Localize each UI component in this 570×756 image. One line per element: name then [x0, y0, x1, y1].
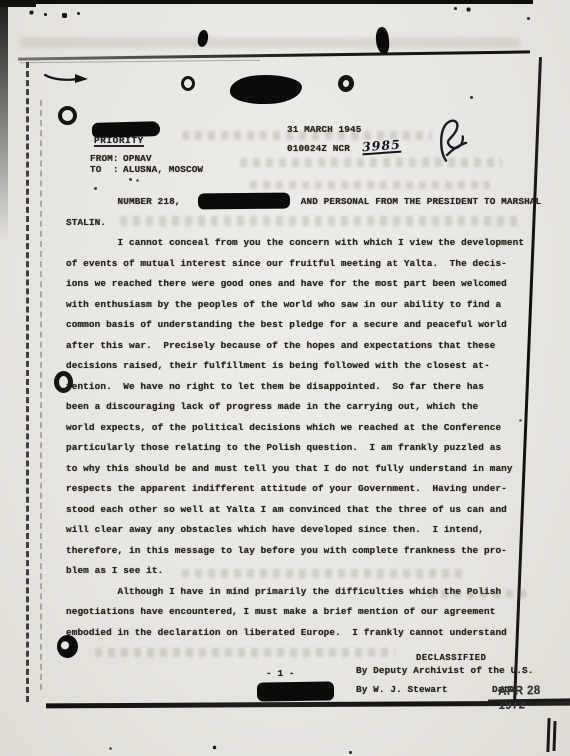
text-line: with enthusiasm by the peoples of the wo… [66, 295, 541, 316]
text-line: world expects, of the political decision… [66, 418, 541, 439]
page-left-border [26, 62, 29, 702]
date-line: 31 MARCH 1945 [287, 124, 361, 135]
text-line: to why this should be and must tell you … [66, 459, 541, 480]
text-line: stood each other so well at Yalta I am c… [66, 500, 541, 521]
text-line: I cannot conceal from you the concern wi… [66, 233, 541, 254]
text-line: of events of mutual interest since our f… [66, 254, 541, 275]
from-label: FROM: [90, 153, 119, 164]
page-left-border-faint [40, 100, 42, 690]
text-line: after this war. Precisely because of the… [66, 336, 541, 357]
bleedthrough-smudge [250, 181, 490, 189]
text-line: tention. We have no right to let them be… [66, 377, 541, 398]
ring-mark-left-of-redaction [181, 76, 195, 91]
text-line: respects the apparent indifferent attitu… [66, 479, 541, 500]
to-value: ALUSNA, MOSCOW [123, 164, 203, 175]
page-top-border-ghost [20, 60, 260, 64]
scanner-streak [20, 38, 520, 48]
declassified-by-line: By Deputy Archivist of the U.S. [356, 665, 534, 676]
text-line: STALIN. [66, 213, 541, 234]
text-line: negotiations have encountered, I must ma… [66, 602, 541, 623]
ring-mark-right-of-redaction [337, 74, 356, 94]
dtg-line: 010024Z NCR [287, 143, 350, 154]
from-value: OPNAV [123, 153, 152, 164]
ncr-number-handwritten: 3985 [362, 137, 402, 155]
redaction-bar-bottom [257, 681, 334, 701]
text-line: will clear away any obstacles which have… [66, 520, 541, 541]
bottom-right-tick-2 [552, 721, 556, 751]
text-line: blem as I see it. [66, 561, 541, 582]
scan-top-edge [0, 0, 533, 4]
hole-punch-left-top [58, 106, 77, 125]
bottom-right-tick-1 [546, 718, 550, 752]
text-line: common basis of understanding the best p… [66, 315, 541, 336]
text-line: embodied in the declaration on liberated… [66, 623, 541, 644]
scan-left-edge [0, 0, 8, 240]
page-top-border [18, 50, 530, 60]
arrow-mark-top-left [42, 68, 90, 88]
dust-specks [0, 0, 1, 1]
page-number: - 1 - [266, 668, 295, 679]
redaction-bar-top-center [230, 74, 303, 105]
text-line: Although I have in mind primarily the di… [66, 582, 541, 603]
declassified-title: DECLASSIFIED [416, 653, 487, 664]
bleedthrough-smudge [95, 648, 395, 657]
binder-mark-top-right [375, 27, 390, 55]
text-line: been a discouraging lack of progress mad… [66, 397, 541, 418]
text-line: therefore, in this message to lay before… [66, 541, 541, 562]
scanned-telegram-page: 31 MARCH 1945 010024Z NCR 3985 PRIORITY … [0, 0, 570, 756]
date-stamp: APR 28 1972 [498, 682, 565, 712]
priority-label: PRIORITY [94, 135, 144, 146]
signer-line: By W. J. Stewart [356, 684, 448, 695]
text-line: particularly those relating to the Polis… [66, 438, 541, 459]
message-body: NUMBER 218, AND PERSONAL FROM THE PRESID… [66, 192, 541, 643]
text-line: decisions raised, their fulfillment is b… [66, 356, 541, 377]
to-label: TO : [90, 164, 119, 175]
text-line: NUMBER 218, AND PERSONAL FROM THE PRESID… [66, 192, 541, 213]
text-line: ions we reached there were good ones and… [66, 274, 541, 295]
